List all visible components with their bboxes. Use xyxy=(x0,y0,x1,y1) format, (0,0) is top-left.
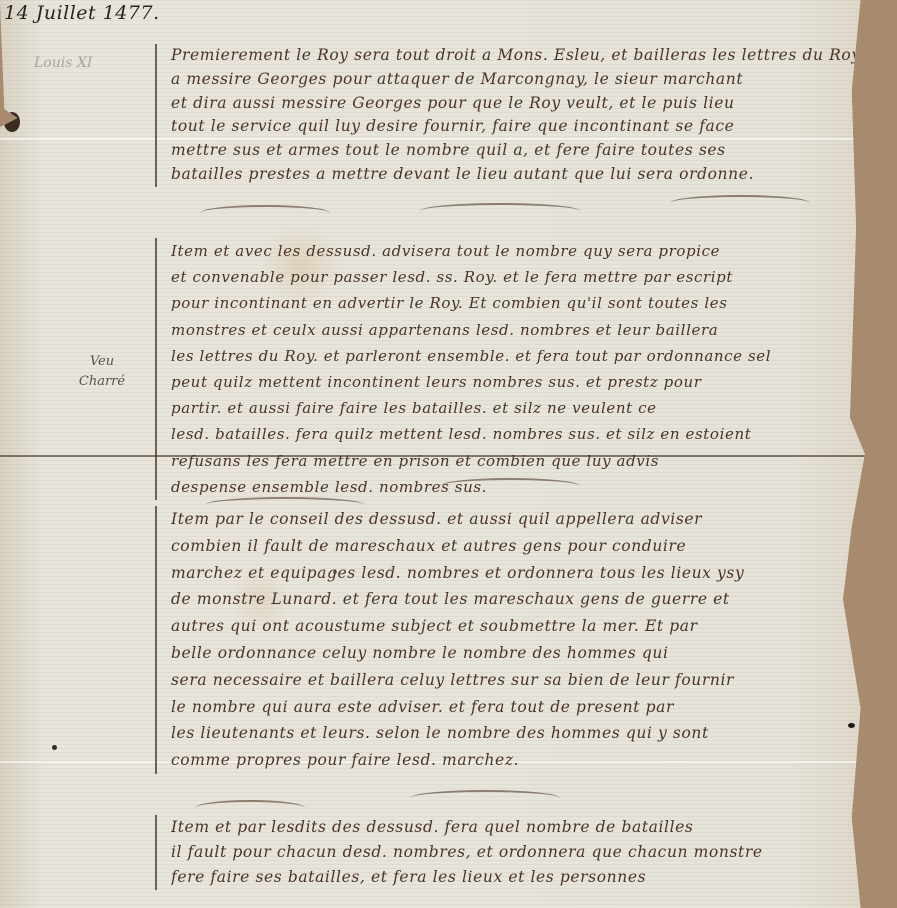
text-line: partir. et aussi faire faire les bataill… xyxy=(171,395,876,421)
text-line: fere faire ses batailles, et fera les li… xyxy=(171,865,876,890)
text-line: peut quilz mettent incontinent leurs nom… xyxy=(171,369,876,395)
text-line: autres qui ont acoustume subject et soub… xyxy=(171,613,876,640)
paragraph-3: Item par le conseil des dessusd. et auss… xyxy=(155,506,876,774)
text-line: les lettres du Roy. et parleront ensembl… xyxy=(171,343,876,369)
paper-hole xyxy=(4,112,20,132)
margin-note-line: Charré xyxy=(62,372,142,392)
text-line: tout le service quil luy desire fournir,… xyxy=(171,115,876,139)
text-line: marchez et equipages lesd. nombres et or… xyxy=(171,560,876,587)
text-line: de monstre Lunard. et fera tout les mare… xyxy=(171,586,876,613)
text-line: mettre sus et armes tout le nombre quil … xyxy=(171,139,876,163)
paper-hole xyxy=(52,745,57,750)
text-line: monstres et ceulx aussi appartenans lesd… xyxy=(171,317,876,343)
text-line: belle ordonnance celuy nombre le nombre … xyxy=(171,640,876,667)
separator-flourish xyxy=(410,790,560,806)
margin-note-line: Veu xyxy=(62,352,142,372)
separator-flourish xyxy=(420,203,580,219)
margin-note: Veu Charré xyxy=(62,352,142,392)
text-line: pour incontinant en advertir le Roy. Et … xyxy=(171,290,876,316)
text-line: et convenable pour passer lesd. ss. Roy.… xyxy=(171,264,876,290)
text-line: Item et avec les dessusd. advisera tout … xyxy=(171,238,876,264)
text-line: le nombre qui aura este adviser. et fera… xyxy=(171,694,876,721)
text-line: les lieutenants et leurs. selon le nombr… xyxy=(171,720,876,747)
paragraph-1: Premierement le Roy sera tout droit a Mo… xyxy=(155,44,876,187)
text-line: comme propres pour faire lesd. marchez. xyxy=(171,747,876,774)
text-line: combien il fault de mareschaux et autres… xyxy=(171,533,876,560)
separator-flourish xyxy=(670,195,810,211)
text-line: lesd. batailles. fera quilz mettent lesd… xyxy=(171,421,876,447)
text-line: refusans les fera mettre en prison et co… xyxy=(171,448,876,474)
text-line: Item par le conseil des dessusd. et auss… xyxy=(171,506,876,533)
paragraph-2: Item et avec les dessusd. advisera tout … xyxy=(155,238,876,500)
text-line: sera necessaire et baillera celuy lettre… xyxy=(171,667,876,694)
manuscript-page: 14 Juillet 1477. Louis XI Veu Charré Pre… xyxy=(0,0,878,908)
text-line: a messire Georges pour attaquer de Marco… xyxy=(171,68,876,92)
text-line: batailles prestes a mettre devant le lie… xyxy=(171,163,876,187)
text-line: il fault pour chacun desd. nombres, et o… xyxy=(171,840,876,865)
separator-flourish xyxy=(200,205,330,221)
text-line: Item et par lesdits des dessusd. fera qu… xyxy=(171,815,876,840)
separator-flourish xyxy=(195,800,305,816)
date-heading: 14 Juillet 1477. xyxy=(4,2,160,24)
text-line: Premierement le Roy sera tout droit a Mo… xyxy=(171,44,876,68)
text-line: et dira aussi messire Georges pour que l… xyxy=(171,92,876,116)
pencil-annotation: Louis XI xyxy=(34,55,92,71)
paragraph-4: Item et par lesdits des dessusd. fera qu… xyxy=(155,815,876,890)
separator-flourish xyxy=(440,478,580,494)
